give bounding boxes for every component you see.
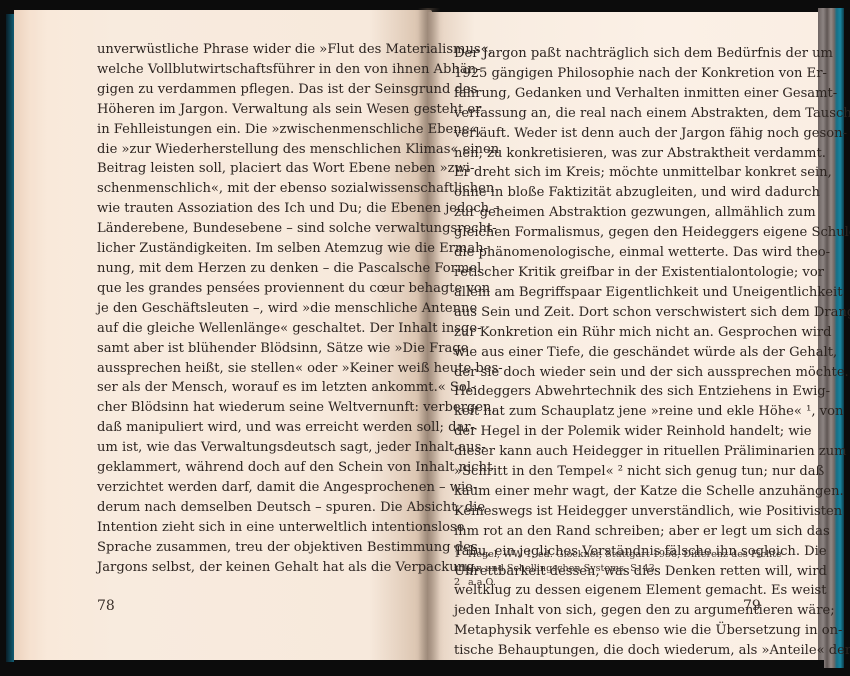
text-line: Metaphysik verfehle es ebenso wie die Üb…	[454, 621, 760, 641]
text-line: je den Geschäftsleuten –, wird »die mens…	[97, 299, 399, 319]
text-line: keit hat zum Schauplatz jene »reine und …	[454, 402, 760, 422]
text-line: die phänomenologische, einmal wetterte. …	[454, 243, 760, 263]
text-line: Heideggers Abwehrtechnik des sich Entzie…	[454, 382, 760, 402]
text-line: welche Vollblutwirtschaftsführer in den …	[97, 60, 399, 80]
text-line: que les grandes pensées proviennent du c…	[97, 279, 399, 299]
text-line: unverwüstliche Phrase wider die »Flut de…	[97, 40, 399, 60]
left-page-fore-edge	[14, 10, 38, 665]
text-line: daß manipuliert wird, und was erreicht w…	[97, 418, 399, 438]
text-line: ohne in bloße Faktizität abzugleiten, un…	[454, 183, 760, 203]
footnote-number: 2	[454, 576, 468, 590]
text-line: samt aber ist blühender Blödsinn, Sätze …	[97, 339, 399, 359]
text-line: kaum einer mehr wagt, der Katze die Sche…	[454, 482, 760, 502]
text-line: allem am Begriffspaar Eigentlichkeit und…	[454, 283, 760, 303]
text-line: ser als der Mensch, worauf es im letzten…	[97, 378, 399, 398]
text-line: der sie doch wieder sein und der sich au…	[454, 363, 760, 383]
text-line: die »zur Wiederherstellung des menschlic…	[97, 140, 399, 160]
open-book-spread: unverwüstliche Phrase wider die »Flut de…	[0, 0, 850, 676]
text-line: licher Zuständigkeiten. Im selben Atemzu…	[97, 239, 399, 259]
text-line: schenmenschlich«, mit der ebenso sozialw…	[97, 179, 399, 199]
footnote-text: Hegel, WW 1, ed. Glockner, Stuttgart 195…	[468, 549, 785, 560]
text-line: nung, mit dem Herzen zu denken – die Pas…	[97, 259, 399, 279]
text-line: auf die gleiche Wellenlänge« geschaltet.…	[97, 319, 399, 339]
text-line: derum nach demselben Deutsch – spuren. D…	[97, 498, 399, 518]
footnote-2: 2a.a.O.	[454, 576, 764, 590]
text-line: gigen zu verdammen pflegen. Das ist der …	[97, 80, 399, 100]
text-line: in Fehlleistungen ein. Die »zwischenmens…	[97, 120, 399, 140]
text-line: der Hegel in der Polemik wider Reinhold …	[454, 422, 760, 442]
text-line: Jargons selbst, der keinen Gehalt hat al…	[97, 558, 399, 578]
text-line: zur Konkretion ein Rühr mich nicht an. G…	[454, 323, 760, 343]
text-line: ihm rot an den Rand schreiben; aber er l…	[454, 522, 760, 542]
text-line: »Schritt in den Tempel« ² nicht sich gen…	[454, 462, 760, 482]
text-line: verzichtet werden darf, damit die Angesp…	[97, 478, 399, 498]
background-shadow	[14, 660, 824, 676]
text-line: aussprechen heißt, sie stellen« oder »Ke…	[97, 359, 399, 379]
text-line: nen, zu konkretisieren, was zur Abstrakt…	[454, 144, 760, 164]
text-line: wie trauten Assoziation des Ich und Du; …	[97, 199, 399, 219]
text-line: um ist, wie das Verwaltungsdeutsch sagt,…	[97, 438, 399, 458]
footnote-text: a.a.O.	[468, 577, 496, 588]
text-line: wie aus einer Tiefe, die geschändet würd…	[454, 343, 760, 363]
text-line: tische Behauptungen, die doch wiederum, …	[454, 641, 760, 661]
text-line: zur geheimen Abstraktion gezwungen, allm…	[454, 203, 760, 223]
footnote-1-continuation: schen und Schellingschen Systems, S. 43.	[454, 562, 764, 576]
text-line: Intention zieht sich in eine unterweltli…	[97, 518, 399, 538]
text-line: Sprache zusammen, treu der objektiven Be…	[97, 538, 399, 558]
text-line: Der Jargon paßt nachträglich sich dem Be…	[454, 44, 760, 64]
text-line: jeden Inhalt von sich, gegen den zu argu…	[454, 601, 760, 621]
text-line: Er dreht sich im Kreis; möchte unmittelb…	[454, 163, 760, 183]
text-line: Keineswegs ist Heidegger unverständlich,…	[454, 502, 760, 522]
text-line: Höheren im Jargon. Verwaltung als sein W…	[97, 100, 399, 120]
text-line: Länderebene, Bundesebene – sind solche v…	[97, 219, 399, 239]
text-line: 1925 gängigen Philosophie nach der Konkr…	[454, 64, 760, 84]
text-line: retischer Kritik greifbar in der Existen…	[454, 263, 760, 283]
text-line: verläuft. Weder ist denn auch der Jargon…	[454, 124, 760, 144]
text-line: fahrung, Gedanken und Verhalten inmitten…	[454, 84, 760, 104]
text-line: gleichen Formalismus, gegen den Heidegge…	[454, 223, 760, 243]
text-line: dieser kann auch Heidegger in rituellen …	[454, 442, 760, 462]
text-line: aus Sein und Zeit. Dort schon verschwist…	[454, 303, 760, 323]
text-line: cher Blödsinn hat wiederum seine Weltver…	[97, 398, 399, 418]
text-line: Beitrag leisten soll, placiert das Wort …	[97, 159, 399, 179]
text-line: verfassung an, die real nach einem Abstr…	[454, 104, 760, 124]
footnotes: 1Hegel, WW 1, ed. Glockner, Stuttgart 19…	[454, 548, 764, 590]
footnote-1: 1Hegel, WW 1, ed. Glockner, Stuttgart 19…	[454, 548, 764, 562]
left-page-body-text: unverwüstliche Phrase wider die »Flut de…	[97, 40, 399, 577]
footnote-number: 1	[454, 548, 468, 562]
page-number-right: 79	[743, 598, 761, 614]
page-number-left: 78	[97, 598, 115, 614]
text-line: geklammert, während doch auf den Schein …	[97, 458, 399, 478]
